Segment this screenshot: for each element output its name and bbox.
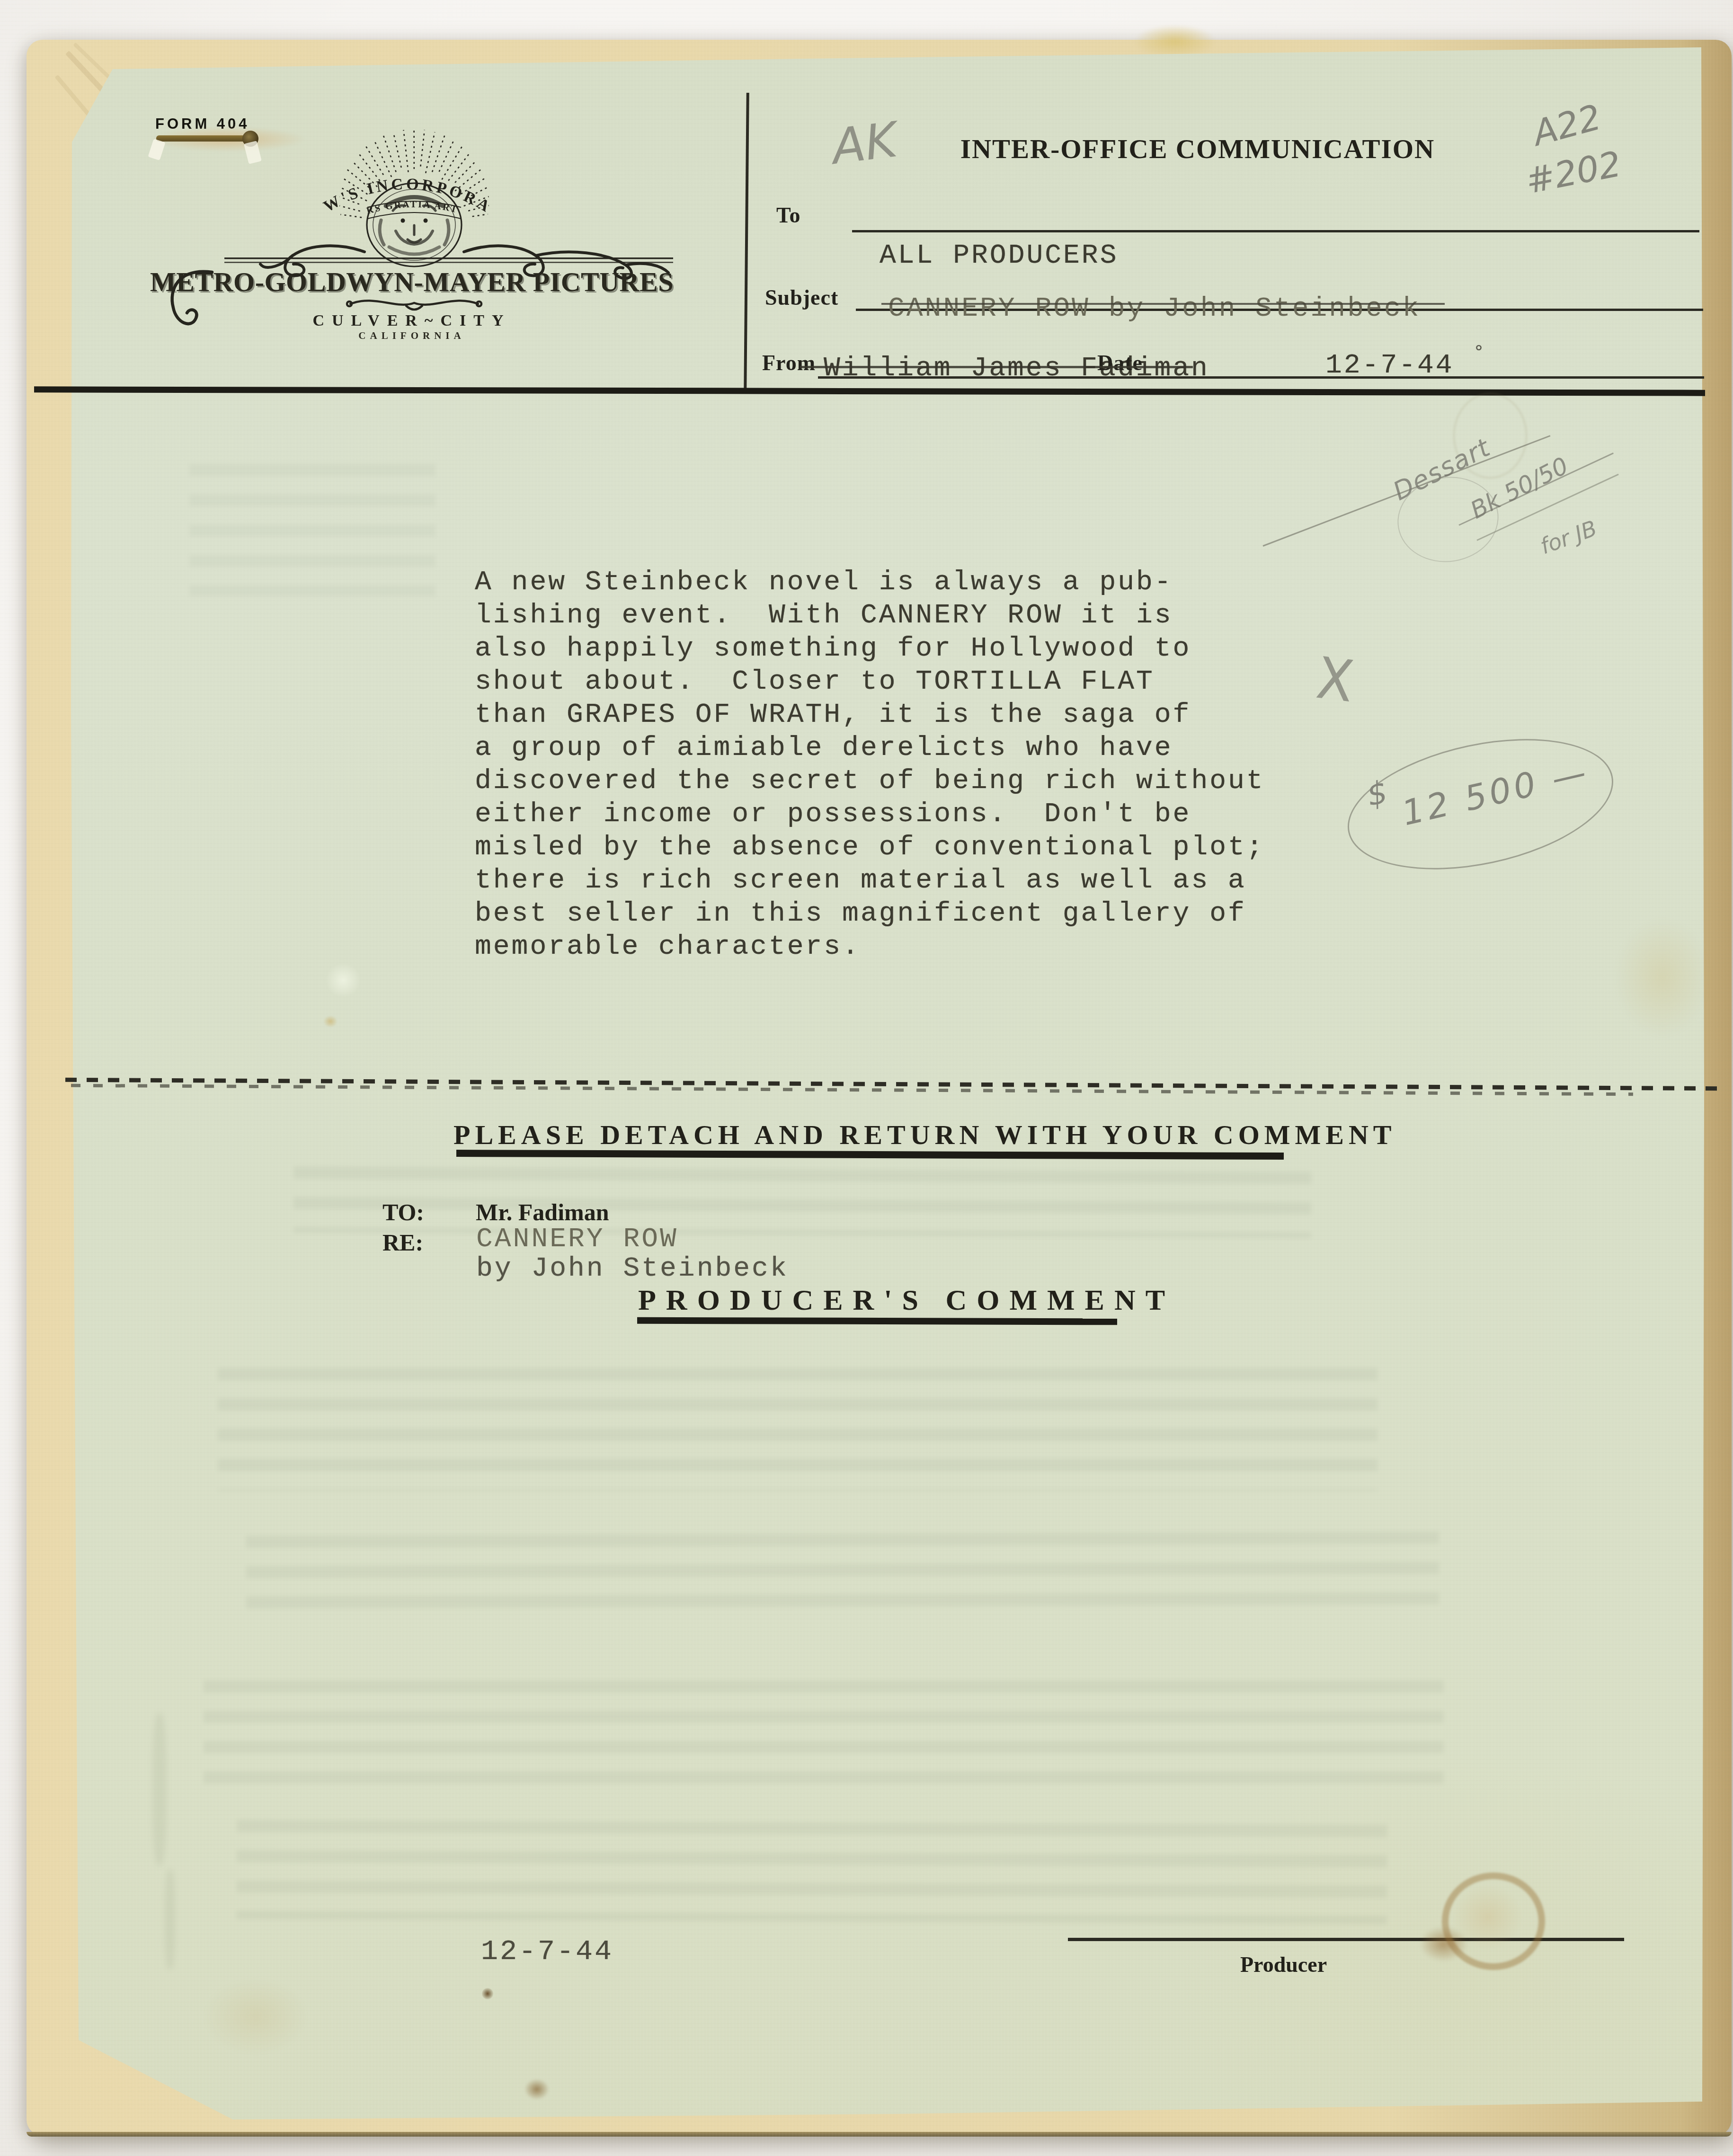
document-title: INTER-OFFICE COMMUNICATION bbox=[925, 134, 1470, 165]
subject-field-value: CANNERY ROW by John Steinbeck bbox=[888, 293, 1421, 324]
from-field-value: William James Fadiman bbox=[824, 353, 1209, 384]
producer-signature-line bbox=[1068, 1938, 1624, 1941]
from-strikethrough bbox=[800, 366, 1193, 368]
footer-date: 12-7-44 bbox=[481, 1936, 613, 1968]
company-name: METRO-GOLDWYN-MAYER PICTURES bbox=[150, 266, 674, 297]
logo-band-line bbox=[224, 262, 673, 263]
date-field-label: Date bbox=[1097, 350, 1143, 375]
detach-re-byline: by John Steinbeck bbox=[476, 1253, 789, 1284]
detach-to-label: TO: bbox=[382, 1198, 424, 1226]
memo-line: than GRAPES OF WRATH, it is the saga of bbox=[475, 700, 1265, 733]
memo-body: A new Steinbeck novel is always a pub- l… bbox=[475, 567, 1265, 965]
producer-label: Producer bbox=[1240, 1952, 1327, 1977]
memo-line: best seller in this magnificent gallery … bbox=[475, 898, 1265, 932]
detach-re-value: CANNERY ROW bbox=[476, 1224, 678, 1255]
scanned-memo-document: FORM 404 LOEW'S INCORPORATED ARS GRAT bbox=[0, 0, 1733, 2156]
subject-field-label: Subject bbox=[765, 285, 838, 310]
producers-comment-underline bbox=[637, 1317, 1117, 1325]
to-field-line bbox=[852, 230, 1699, 232]
producers-comment-heading: PRODUCER'S COMMENT bbox=[638, 1284, 1175, 1317]
memo-line: also happily something for Hollywood to bbox=[475, 633, 1265, 666]
date-field-value: 12-7-44 bbox=[1325, 350, 1454, 381]
memo-line: either income or possessions. Don't be bbox=[475, 799, 1265, 832]
memo-line: there is rich screen material as well as… bbox=[475, 865, 1265, 898]
stack-bottom-edge bbox=[27, 2132, 1732, 2137]
logo-arc-text: LOEW'S INCORPORATED bbox=[142, 109, 494, 216]
memo-line: discovered the secret of being rich with… bbox=[475, 766, 1265, 799]
detach-to-value: Mr. Fadiman bbox=[476, 1198, 609, 1226]
logo-city: CULVER~CITY bbox=[312, 312, 511, 329]
detach-instruction: PLEASE DETACH AND RETURN WITH YOUR COMME… bbox=[453, 1119, 1396, 1151]
subject-strikethrough bbox=[881, 303, 1445, 305]
logo-state: CALIFORNIA bbox=[358, 330, 465, 341]
logo-flourish bbox=[347, 301, 481, 310]
memo-line: a group of aimiable derelicts who have bbox=[475, 733, 1265, 766]
to-field-value: ALL PRODUCERS bbox=[880, 240, 1118, 271]
to-field-label: To bbox=[776, 203, 800, 228]
date-stray-mark: ° bbox=[1473, 343, 1486, 364]
pencil-initials: AK bbox=[829, 112, 900, 176]
memo-line: lishing event. With CANNERY ROW it is bbox=[475, 600, 1265, 633]
mgm-logo: LOEW'S INCORPORATED ARS GRATIA ARTIS bbox=[142, 109, 701, 360]
memo-line: shout about. Closer to TORTILLA FLAT bbox=[475, 666, 1265, 700]
memo-line: misled by the absence of conventional pl… bbox=[475, 832, 1265, 865]
memo-line: memorable characters. bbox=[475, 932, 1265, 965]
detach-re-label: RE: bbox=[382, 1229, 423, 1256]
from-field-label: From bbox=[762, 350, 816, 375]
logo-motto-text: ARS GRATIA ARTIS bbox=[142, 109, 459, 216]
memo-line: A new Steinbeck novel is always a pub- bbox=[475, 567, 1265, 600]
